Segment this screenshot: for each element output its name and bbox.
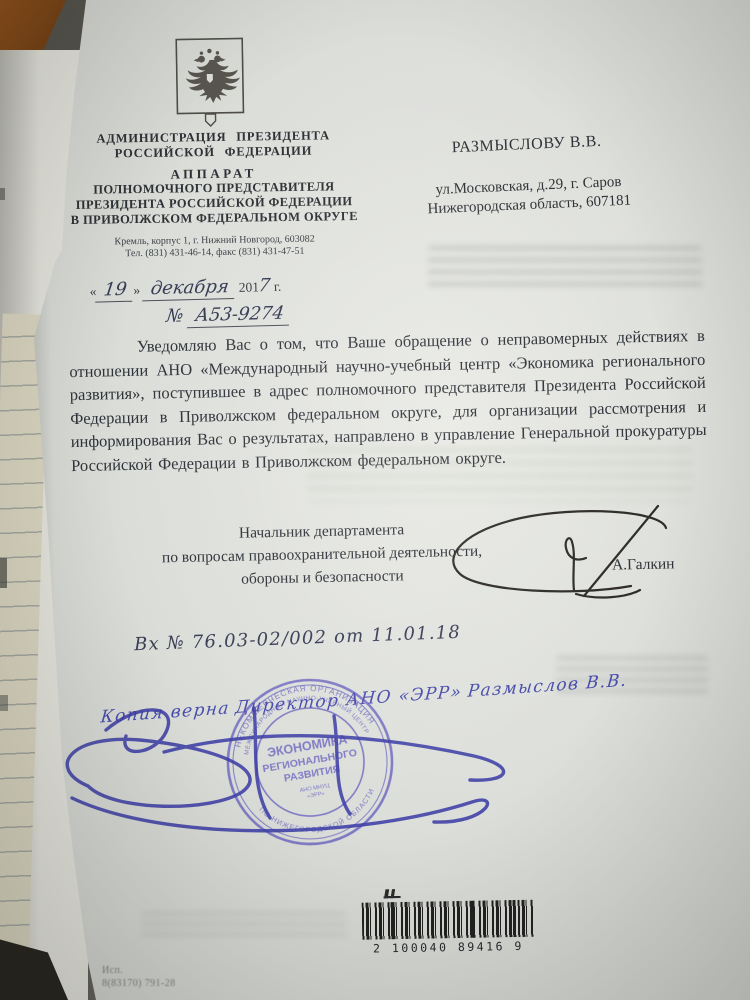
letterhead-address: Кремль, корпус 1, г. Нижний Новгород, 60… <box>59 233 371 261</box>
letterhead: АДМИНИСТРАЦИЯ ПРЕЗИДЕНТА РОССИЙСКОЙ ФЕДЕ… <box>57 128 371 261</box>
executor-name-line: Исп. <box>102 964 176 977</box>
under-sheet-print-mark <box>0 188 5 200</box>
date-line: «19» декабря 2017 г. № А53-9274 <box>89 272 380 331</box>
document-photo: АДМИНИСТРАЦИЯ ПРЕЗИДЕНТА РОССИЙСКОЙ ФЕДЕ… <box>0 0 750 1000</box>
bleed-through-smudge <box>428 246 702 292</box>
executor-phone-line: 8(83170) 791-28 <box>102 977 176 990</box>
under-sheet-print-mark <box>0 695 8 711</box>
coat-of-arms <box>175 37 245 133</box>
recipient-name: РАЗМЫСЛОВУ В.В. <box>390 130 663 160</box>
body-paragraph: Уведомляю Вас о том, что Ваше обращение … <box>69 324 708 477</box>
barcode-digits: 2 100040 89416 9 <box>362 939 534 956</box>
number-sign: № <box>165 305 185 327</box>
handwritten-day: 19 <box>95 279 135 303</box>
incoming-reg-note: Вх № 76.03-02/002 от 11.01.18 <box>134 622 462 656</box>
executor-footer: Исп. 8(83170) 791-28 <box>102 964 176 990</box>
double-headed-eagle-icon <box>175 37 245 128</box>
reg-number-line: № А53-9274 <box>166 300 381 329</box>
bleed-through-smudge <box>142 912 347 940</box>
under-sheet-print-mark <box>0 558 7 588</box>
handwritten-month: декабря <box>142 276 237 301</box>
barcode-bars <box>362 900 535 940</box>
year-suffix: г. <box>274 279 282 294</box>
year-printed: 201 <box>239 279 260 295</box>
certifier-signature-ink <box>44 690 554 840</box>
recipient-block: РАЗМЫСЛОВУ В.В. ул.Московская, д.29, г. … <box>390 130 665 220</box>
paper-sheet: АДМИНИСТРАЦИЯ ПРЕЗИДЕНТА РОССИЙСКОЙ ФЕДЕ… <box>0 0 750 1000</box>
handwritten-reg-number: А53-9274 <box>186 303 291 329</box>
handwritten-year-digit: 7 <box>258 275 272 296</box>
signer-signature-ink <box>426 498 696 623</box>
office-name-line: В ПРИВОЛЖСКОМ ФЕДЕРАЛЬНОМ ОКРУГЕ <box>58 209 370 228</box>
barcode: 2 100040 89416 9 <box>361 886 557 955</box>
barcode-top-mark <box>383 889 400 898</box>
